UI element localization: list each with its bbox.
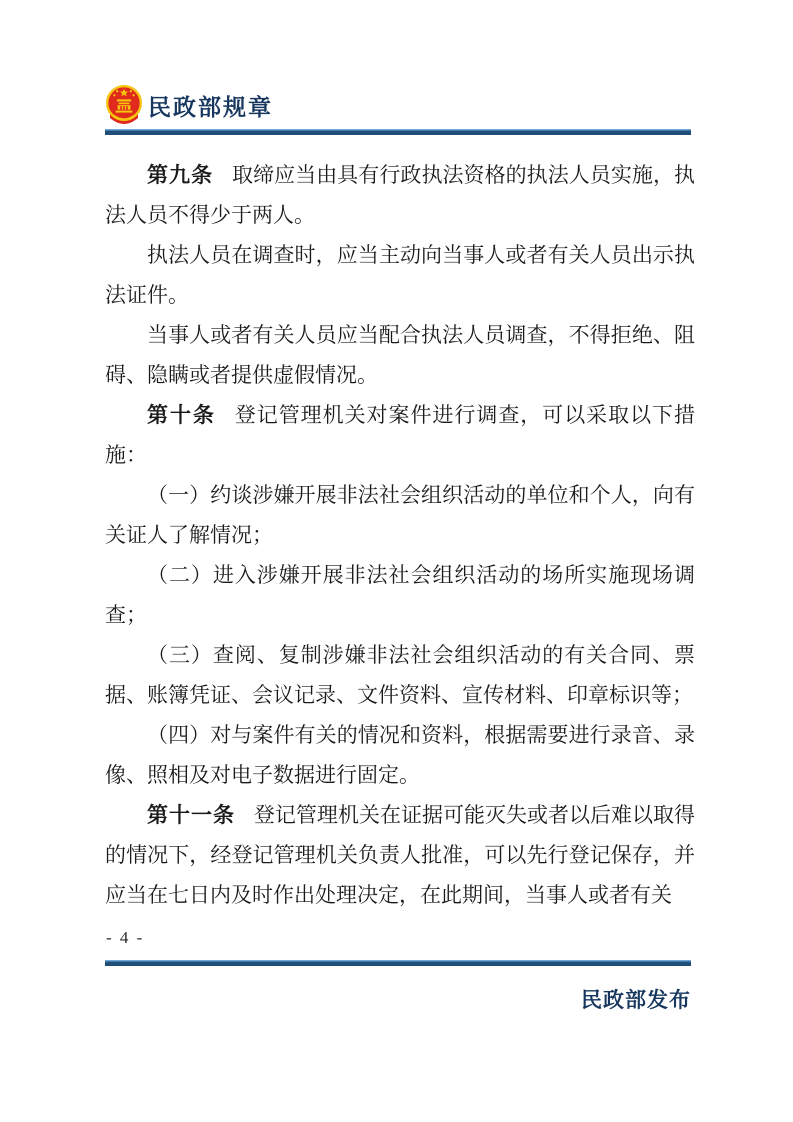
article-number: 第九条 — [147, 163, 213, 187]
article-number: 第十一条 — [147, 803, 235, 827]
body-paragraph: （四）对与案件有关的情况和资料，根据需要进行录音、录像、照相及对电子数据进行固定… — [105, 715, 695, 795]
footer-divider — [105, 960, 691, 966]
header-row: 民政部规章 — [105, 84, 691, 126]
body-paragraph: （一）约谈涉嫌开展非法社会组织活动的单位和个人，向有关证人了解情况； — [105, 475, 695, 555]
body-paragraph: 第九条取缔应当由具有行政执法资格的执法人员实施，执法人员不得少于两人。 — [105, 155, 695, 235]
publisher-label: 民政部发布 — [105, 984, 691, 1014]
document-page: 民政部规章 第九条取缔应当由具有行政执法资格的执法人员实施，执法人员不得少于两人… — [0, 0, 793, 1122]
header-title: 民政部规章 — [148, 89, 273, 122]
body-paragraph: （二）进入涉嫌开展非法社会组织活动的场所实施现场调查； — [105, 555, 695, 635]
document-body: 第九条取缔应当由具有行政执法资格的执法人员实施，执法人员不得少于两人。执法人员在… — [105, 155, 695, 915]
article-number: 第十条 — [147, 403, 216, 427]
body-paragraph: 第十条登记管理机关对案件进行调查，可以采取以下措施： — [105, 395, 695, 475]
page-number: - 4 - — [106, 928, 144, 948]
body-paragraph: 第十一条登记管理机关在证据可能灭失或者以后难以取得的情况下，经登记管理机关负责人… — [105, 795, 695, 915]
body-paragraph: （三）查阅、复制涉嫌非法社会组织活动的有关合同、票据、账簿凭证、会议记录、文件资… — [105, 635, 695, 715]
body-paragraph: 当事人或者有关人员应当配合执法人员调查，不得拒绝、阻碍、隐瞒或者提供虚假情况。 — [105, 315, 695, 395]
body-paragraph: 执法人员在调查时，应当主动向当事人或者有关人员出示执法证件。 — [105, 235, 695, 315]
header-divider — [105, 129, 691, 135]
national-emblem-icon — [105, 84, 143, 126]
